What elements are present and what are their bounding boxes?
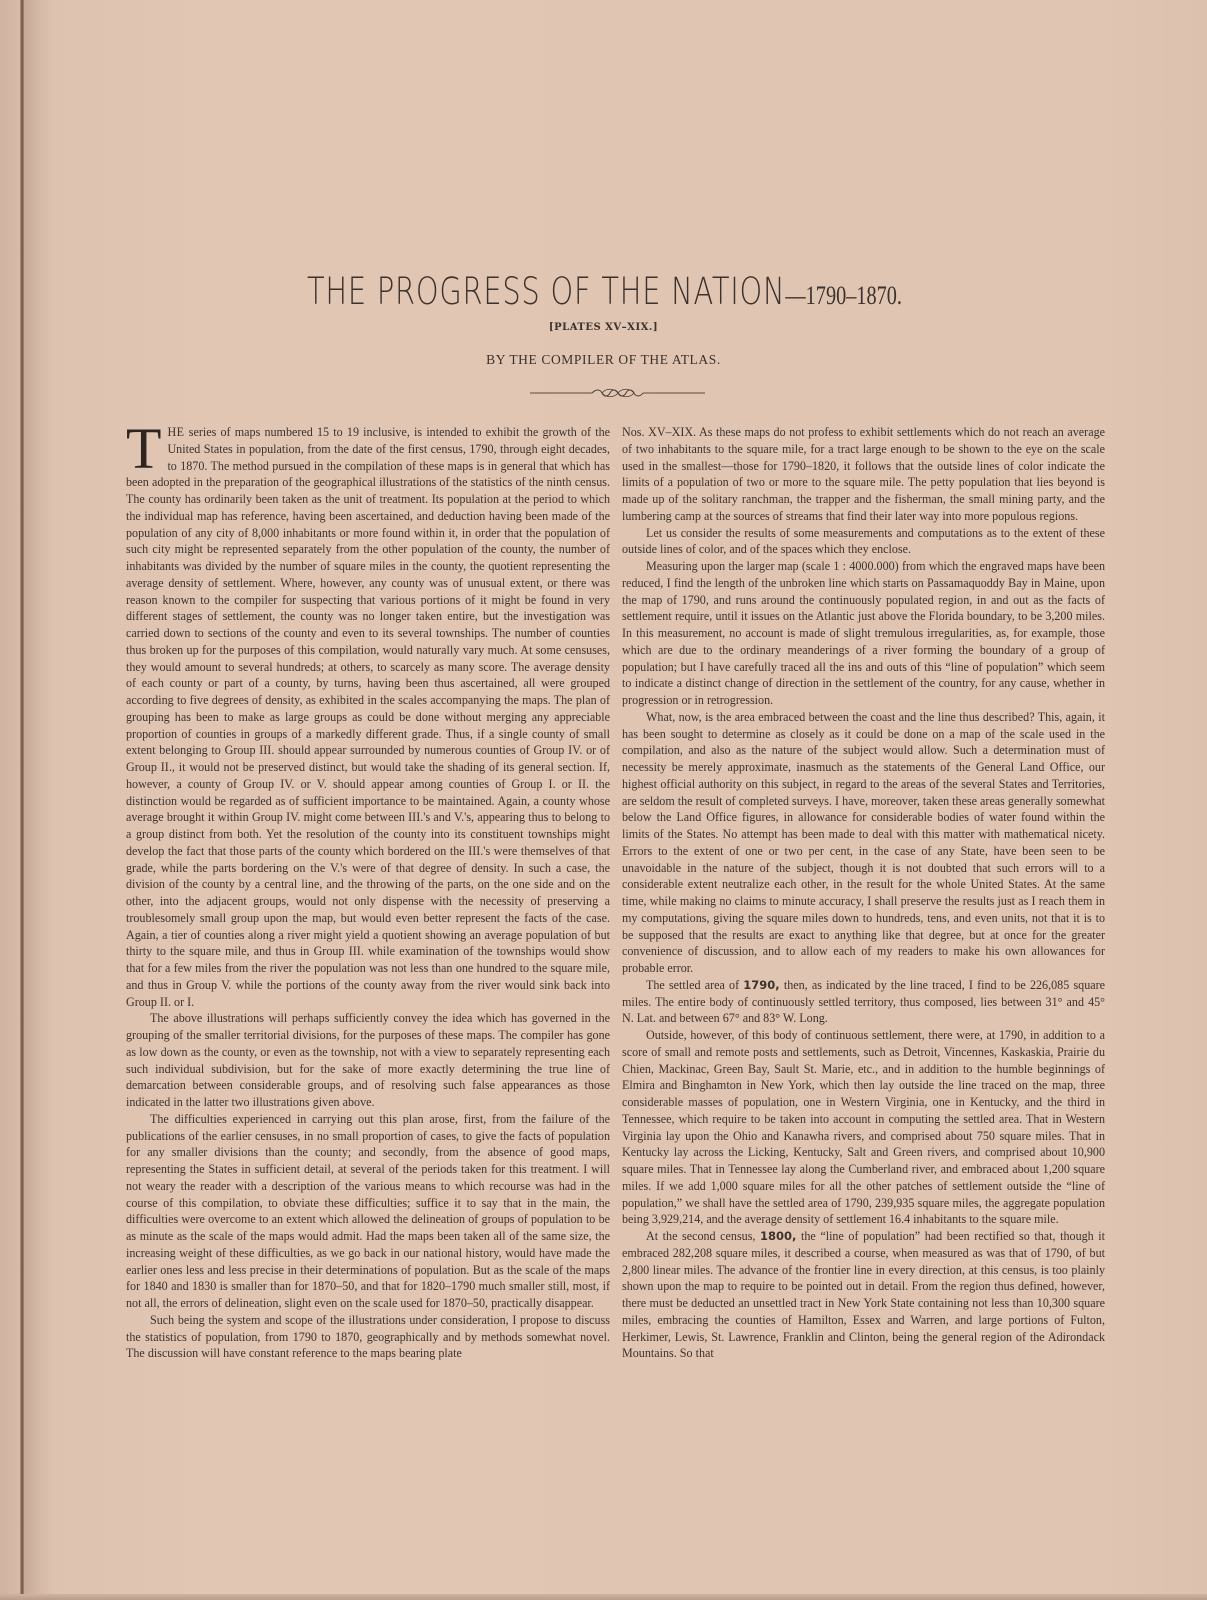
title-main: THE PROGRESS OF THE NATION: [307, 270, 785, 313]
paragraph-lead: At the second census,: [646, 1229, 760, 1243]
paragraph: Let us consider the results of some meas…: [622, 525, 1105, 559]
census-year-1790: 1790,: [743, 978, 779, 992]
paragraph: What, now, is the area embraced between …: [622, 709, 1105, 977]
plates-reference: [PLATES XV–XIX.]: [0, 322, 1207, 333]
paragraph: At the second census, 1800, the “line of…: [622, 1228, 1105, 1362]
byline: BY THE COMPILER OF THE ATLAS.: [0, 352, 1207, 368]
title-dash: —: [785, 281, 805, 310]
title-years: 1790–1870.: [806, 281, 902, 310]
paragraph: Outside, however, of this body of contin…: [622, 1027, 1105, 1228]
left-text-column: THE series of maps numbered 15 to 19 inc…: [126, 424, 610, 1362]
paragraph: The settled area of 1790, then, as indic…: [622, 977, 1105, 1027]
paragraph: The above illustrations will perhaps suf…: [126, 1010, 610, 1111]
paragraph-text: the “line of population” had been rectif…: [622, 1229, 1105, 1360]
page-title: THE PROGRESS OF THE NATION—1790–1870.: [134, 270, 1075, 313]
atlas-page: THE PROGRESS OF THE NATION—1790–1870. [P…: [0, 0, 1207, 1600]
ornamental-divider-icon: [530, 388, 705, 398]
page-bottom-edge: [0, 1594, 1207, 1600]
paragraph: THE series of maps numbered 15 to 19 inc…: [126, 424, 610, 1010]
paragraph: Such being the system and scope of the i…: [126, 1312, 610, 1362]
paragraph-text: series of maps numbered 15 to 19 inclusi…: [126, 425, 610, 1009]
drop-cap: T: [126, 426, 161, 472]
paragraph: The difficulties experienced in carrying…: [126, 1111, 610, 1312]
paragraph-lead: HE: [167, 425, 184, 439]
right-text-column: Nos. XV–XIX. As these maps do not profes…: [622, 424, 1105, 1362]
census-year-1800: 1800,: [760, 1229, 796, 1243]
paragraph: Measuring upon the larger map (scale 1 :…: [622, 558, 1105, 709]
binding-shadow: [24, 0, 54, 1600]
paragraph: Nos. XV–XIX. As these maps do not profes…: [622, 424, 1105, 525]
paragraph-lead: The settled area of: [646, 978, 743, 992]
